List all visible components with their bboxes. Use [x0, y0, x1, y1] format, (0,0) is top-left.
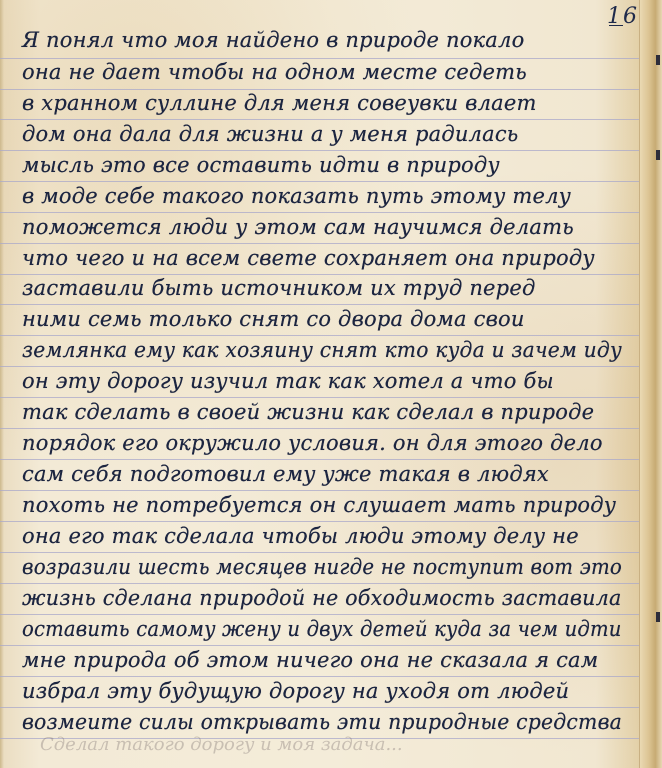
rule-line	[0, 707, 640, 708]
text-line: Я понял что моя найдено в природе покало	[22, 28, 524, 52]
edge-mark	[656, 150, 660, 160]
text-line: мне природа об этом ничего она не сказал…	[22, 648, 598, 672]
rule-line	[0, 521, 640, 522]
rule-line	[0, 181, 640, 182]
rule-line	[0, 676, 640, 677]
rule-line	[0, 428, 640, 429]
rule-line	[0, 89, 640, 90]
rule-line	[0, 583, 640, 584]
rule-line	[0, 459, 640, 460]
rule-line	[0, 335, 640, 336]
rule-line	[0, 304, 640, 305]
rule-line	[0, 614, 640, 615]
text-line: порядок его окружило условия. он для это…	[22, 431, 603, 455]
text-line: возмеите силы открывать эти природные ср…	[22, 710, 622, 734]
text-line: она не дает чтобы на одном месте седеть	[22, 60, 527, 84]
bleed-through-text: Сделал такого дорогу и моя задача...	[40, 734, 403, 755]
text-line: оставить самому жену и двух детей куда з…	[22, 617, 622, 641]
rule-line	[0, 397, 640, 398]
text-line: землянка ему как хозяину снят кто куда и…	[22, 338, 622, 362]
text-line: сам себя подготовил ему уже такая в людя…	[22, 462, 549, 486]
text-line: похоть не потребуется он слушает мать пр…	[22, 493, 616, 517]
text-line: ними семь только снят со двора дома свои	[22, 307, 525, 331]
page-right-edge	[639, 0, 662, 768]
rule-line	[0, 58, 640, 59]
text-line: мысль это все оставить идти в природу	[22, 153, 500, 177]
text-line: так сделать в своей жизни как сделал в п…	[22, 400, 594, 424]
rule-line	[0, 645, 640, 646]
notebook-page: 16 Я понял что моя найдено в природе пок…	[0, 0, 662, 768]
text-line: он эту дорогу изучил так как хотел а что…	[22, 369, 554, 393]
text-line: возразили шесть месяцев нигде не поступи…	[22, 555, 622, 579]
rule-line	[0, 274, 640, 275]
rule-line	[0, 552, 640, 553]
edge-mark	[656, 55, 660, 65]
rule-line	[0, 490, 640, 491]
rule-line	[0, 119, 640, 120]
page-number: 16	[607, 4, 639, 29]
text-line: заставили быть источником их труд перед	[22, 276, 535, 300]
text-line: избрал эту будущую дорогу на уходя от лю…	[22, 679, 569, 703]
edge-mark	[656, 612, 660, 622]
text-line: в хранном суллине для меня совеувки влае…	[22, 91, 537, 115]
text-line: поможется люди у этом сам научимся делат…	[22, 215, 574, 239]
text-line: жизнь сделана природой не обходимость за…	[22, 586, 622, 610]
text-line: дом она дала для жизни а у меня радилась	[22, 122, 518, 146]
rule-line	[0, 150, 640, 151]
rule-line	[0, 366, 640, 367]
text-line: она его так сделала чтобы люди этому дел…	[22, 524, 579, 548]
text-line: что чего и на всем свете сохраняет она п…	[22, 246, 595, 270]
text-line: в моде себе такого показать путь этому т…	[22, 184, 571, 208]
rule-line	[0, 243, 640, 244]
rule-line	[0, 212, 640, 213]
